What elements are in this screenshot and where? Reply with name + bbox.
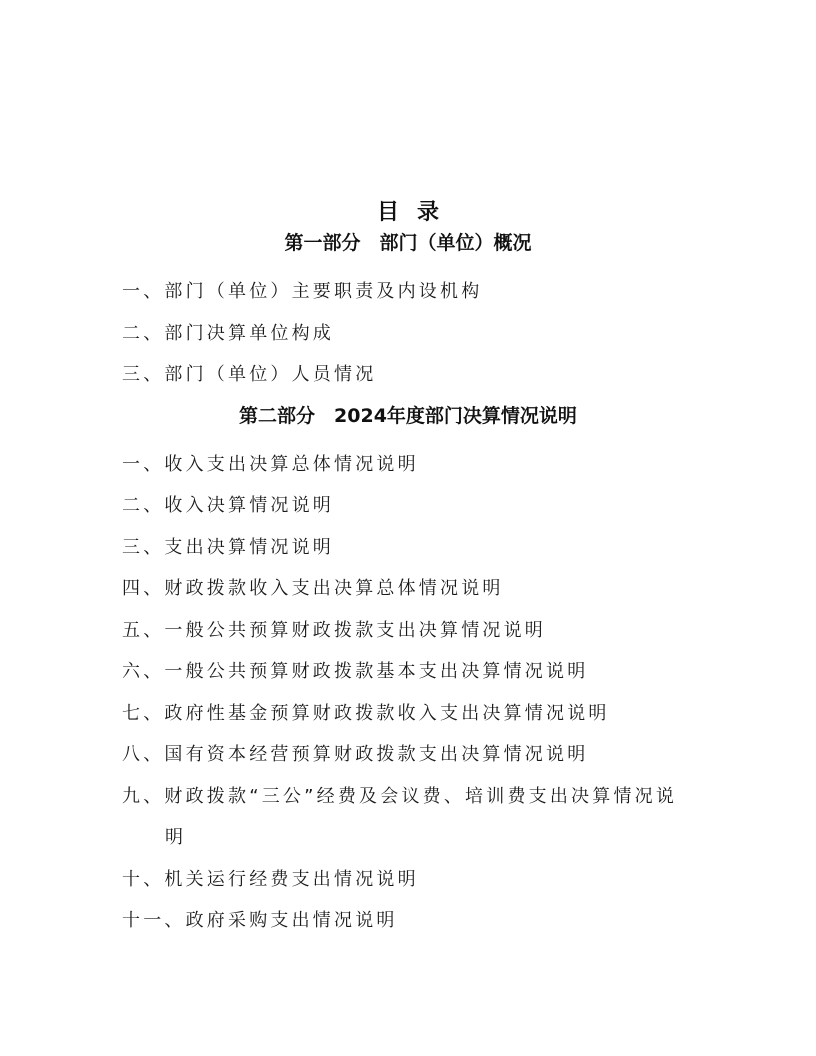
toc-item-part2-4: 四、财政拨款收入支出决算总体情况说明 [122,576,504,602]
toc-item-part1-3: 三、部门（单位）人员情况 [122,362,376,388]
part1-heading: 第一部分 部门（单位）概况 [0,230,816,256]
toc-item-part2-3: 三、支出决算情况说明 [122,535,334,561]
toc-item-part2-9: 九、财政拨款“三公”经费及会议费、培训费支出决算情况说 [122,784,677,810]
toc-item-part1-2: 二、部门决算单位构成 [122,321,334,347]
toc-item-part2-6: 六、一般公共预算财政拨款基本支出决算情况说明 [122,659,588,685]
toc-item-part2-8: 八、国有资本经营预算财政拨款支出决算情况说明 [122,742,588,768]
toc-item-part2-9-continued: 明 [165,825,186,851]
toc-item-part2-5: 五、一般公共预算财政拨款支出决算情况说明 [122,618,546,644]
toc-title: 目录 [0,199,816,227]
toc-item-part1-1: 一、部门（单位）主要职责及内设机构 [122,279,482,305]
toc-item-part2-10: 十、机关运行经费支出情况说明 [122,867,419,893]
toc-item-part2-2: 二、收入决算情况说明 [122,493,334,519]
part2-heading: 第二部分 2024年度部门决算情况说明 [0,403,816,429]
toc-item-part2-11: 十一、政府采购支出情况说明 [122,908,398,934]
toc-item-part2-7: 七、政府性基金预算财政拨款收入支出决算情况说明 [122,701,610,727]
toc-item-part2-1: 一、收入支出决算总体情况说明 [122,452,419,478]
document-page: 目录 第一部分 部门（单位）概况 一、部门（单位）主要职责及内设机构 二、部门决… [0,0,816,1056]
